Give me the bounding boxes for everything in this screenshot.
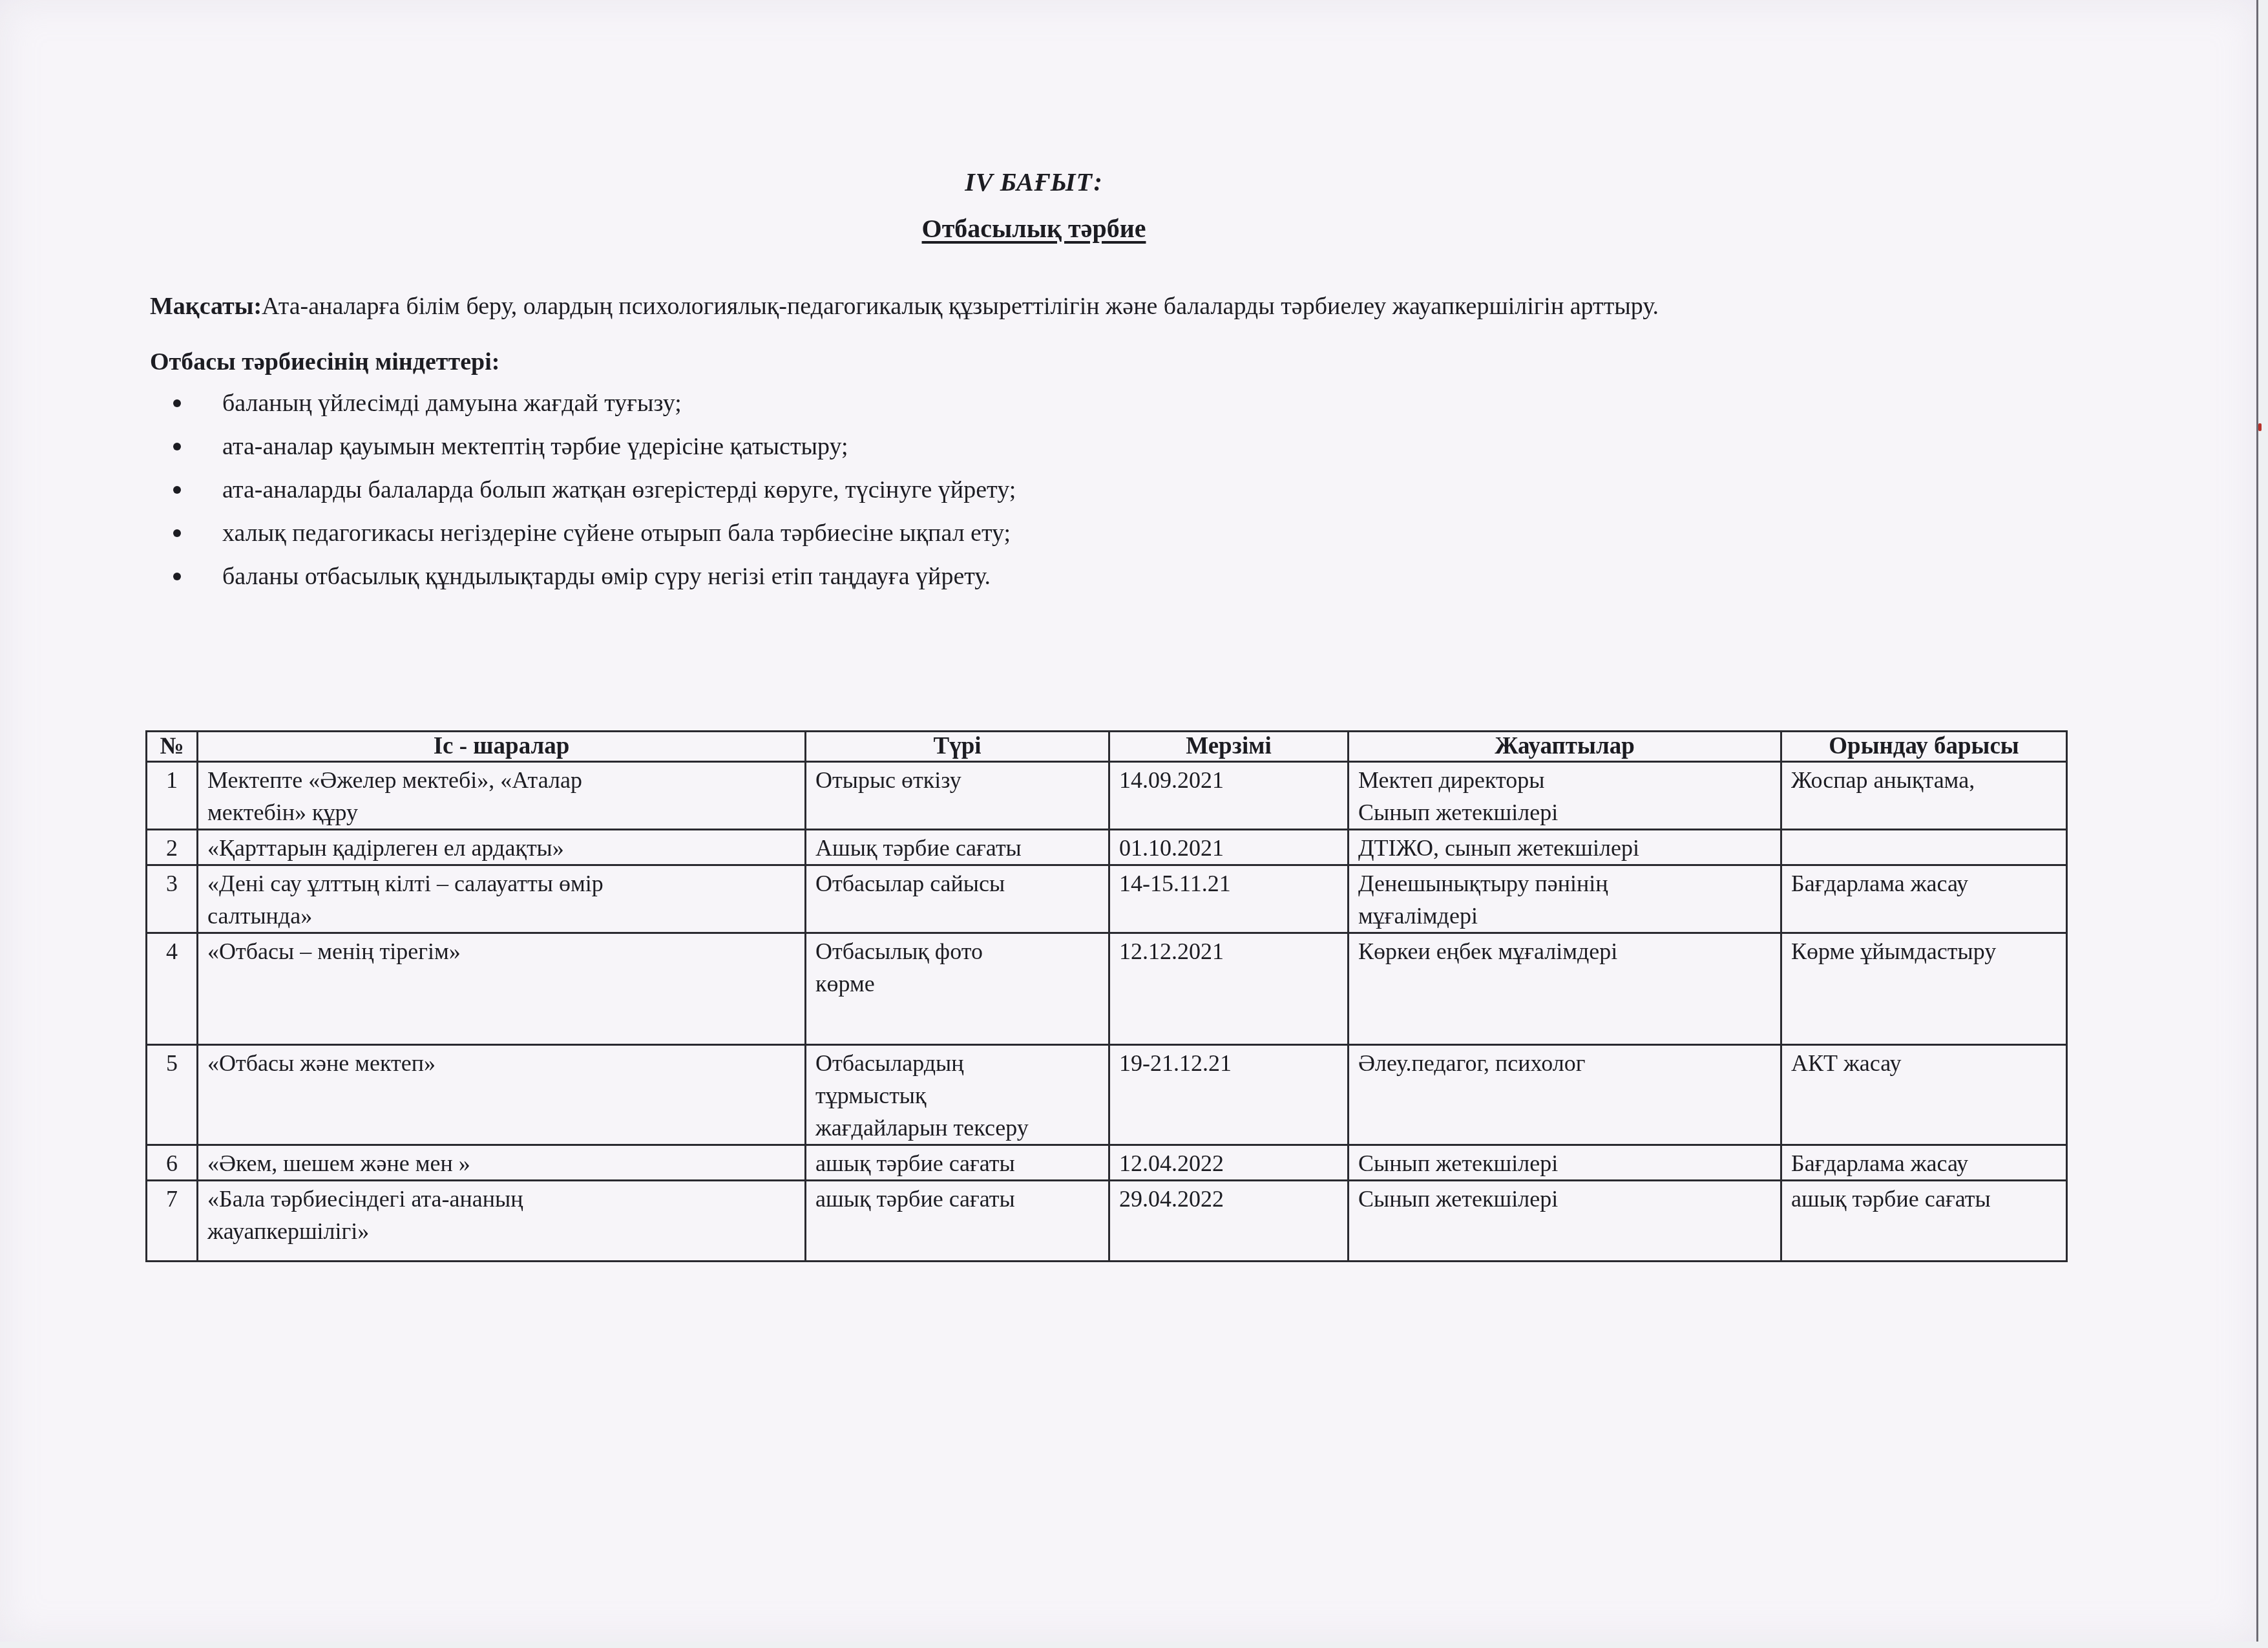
cell-number: 7 — [147, 1181, 198, 1262]
cell-type: Отбасылардыңтұрмыстықжағдайларын тексеру — [806, 1045, 1109, 1145]
cell-progress-line: Көрме ұйымдастыру — [1791, 935, 2057, 967]
cell-activity: «Қарттарын қадірлеген ел ардақты» — [198, 830, 806, 865]
cell-responsible-line: Денешынықтыру пәнінің — [1358, 867, 1771, 900]
cell-responsible-line: Сынып жетекшілері — [1358, 796, 1771, 829]
cell-type: ашық тәрбие сағаты — [806, 1145, 1109, 1181]
goal-label: Мақсаты: — [150, 293, 262, 320]
cell-responsible: Сынып жетекшілері — [1349, 1181, 1781, 1262]
cell-activity-line: «Бала тәрбиесіндегі ата-ананың — [207, 1183, 795, 1215]
cell-date: 12.12.2021 — [1109, 933, 1349, 1045]
cell-activity-line: «Дені сау ұлттың кілті – салауатты өмір — [207, 867, 795, 900]
table-header-row: № Іс - шаралар Түрі Мерзімі Жауаптылар О… — [147, 732, 2067, 762]
table-row: 7«Бала тәрбиесіндегі ата-ананыңжауапкерш… — [147, 1181, 2067, 1262]
goal-text: Ата-аналарға білім беру, олардың психоло… — [262, 293, 1659, 320]
header-type: Түрі — [806, 732, 1109, 762]
cell-type-line: Отбасылардың — [815, 1047, 1099, 1079]
cell-responsible-line: ДТІЖО, сынып жетекшілері — [1358, 832, 1771, 864]
cell-responsible-line: Сынып жетекшілері — [1358, 1183, 1771, 1215]
cell-responsible-line: Әлеу.педагог, психолог — [1358, 1047, 1771, 1079]
cell-activity-line: «Отбасы – менің тірегім» — [207, 935, 795, 967]
cell-date: 14-15.11.21 — [1109, 865, 1349, 933]
cell-type-line: Отбасылар сайысы — [815, 867, 1099, 900]
cell-progress: Бағдарлама жасау — [1781, 865, 2067, 933]
table-body: 1Мектепте «Әжелер мектебі», «Аталармекте… — [147, 762, 2067, 1262]
task-item: ата-аналар қауымын мектептің тәрбие үдер… — [150, 431, 1016, 474]
cell-number: 4 — [147, 933, 198, 1045]
cell-date: 14.09.2021 — [1109, 762, 1349, 830]
cell-date: 12.04.2022 — [1109, 1145, 1349, 1181]
cell-number: 6 — [147, 1145, 198, 1181]
cell-date: 29.04.2022 — [1109, 1181, 1349, 1262]
cell-responsible: Денешынықтыру пәнініңмұғалімдері — [1349, 865, 1781, 933]
cell-progress: Бағдарлама жасау — [1781, 1145, 2067, 1181]
table-row: 3«Дені сау ұлттың кілті – салауатты өмір… — [147, 865, 2067, 933]
cell-activity: «Дені сау ұлттың кілті – салауатты өмірс… — [198, 865, 806, 933]
cell-number: 2 — [147, 830, 198, 865]
cell-progress-line: ашық тәрбие сағаты — [1791, 1183, 2057, 1215]
cell-responsible: Мектеп директорыСынып жетекшілері — [1349, 762, 1781, 830]
cell-responsible: ДТІЖО, сынып жетекшілері — [1349, 830, 1781, 865]
cell-progress: АКТ жасау — [1781, 1045, 2067, 1145]
table-row: 2«Қарттарын қадірлеген ел ардақты»Ашық т… — [147, 830, 2067, 865]
table-row: 4«Отбасы – менің тірегім»Отбасылық фоток… — [147, 933, 2067, 1045]
cell-activity-line: жауапкершілігі» — [207, 1215, 795, 1247]
header-date: Мерзімі — [1109, 732, 1349, 762]
cell-activity: «Отбасы – менің тірегім» — [198, 933, 806, 1045]
cell-type-line: көрме — [815, 967, 1099, 1000]
activities-table: № Іс - шаралар Түрі Мерзімі Жауаптылар О… — [145, 730, 2068, 1262]
section-heading: IV БАҒЫТ: — [0, 167, 2068, 197]
cell-type-line: Ашық тәрбие сағаты — [815, 832, 1099, 864]
cell-type-line: Отырыс өткізу — [815, 764, 1099, 796]
bullet-icon — [173, 399, 181, 407]
cell-responsible: Көркеи еңбек мұғалімдері — [1349, 933, 1781, 1045]
cell-activity-line: «Отбасы және мектеп» — [207, 1047, 795, 1079]
ink-mark — [2258, 423, 2262, 431]
cell-number: 1 — [147, 762, 198, 830]
header-progress: Орындау барысы — [1781, 732, 2067, 762]
cell-activity: «Бала тәрбиесіндегі ата-ананыңжауапкерші… — [198, 1181, 806, 1262]
tasks-title: Отбасы тәрбиесінің міндеттері: — [150, 348, 499, 376]
bullet-icon — [173, 443, 181, 450]
cell-date: 01.10.2021 — [1109, 830, 1349, 865]
cell-responsible: Әлеу.педагог, психолог — [1349, 1045, 1781, 1145]
goal-paragraph: Мақсаты:Ата-аналарға білім беру, олардың… — [150, 292, 1659, 321]
cell-type-line: Отбасылық фото — [815, 935, 1099, 967]
cell-activity: «Отбасы және мектеп» — [198, 1045, 806, 1145]
cell-type: Ашық тәрбие сағаты — [806, 830, 1109, 865]
table-row: 5«Отбасы және мектеп»Отбасылардыңтұрмыст… — [147, 1045, 2067, 1145]
bullet-icon — [173, 529, 181, 537]
cell-activity-line: салтында» — [207, 900, 795, 932]
tasks-list: баланың үйлесімді дамуына жағдай туғызу;… — [150, 388, 1016, 604]
cell-type: Отбасылар сайысы — [806, 865, 1109, 933]
cell-type: Отырыс өткізу — [806, 762, 1109, 830]
cell-activity-line: «Әкем, шешем және мен » — [207, 1147, 795, 1179]
bullet-icon — [173, 486, 181, 494]
cell-type: Отбасылық фотокөрме — [806, 933, 1109, 1045]
scanned-page: IV БАҒЫТ: Отбасылық тәрбие Мақсаты:Ата-а… — [0, 0, 2258, 1642]
cell-activity-line: Мектепте «Әжелер мектебі», «Аталар — [207, 764, 795, 796]
cell-type-line: тұрмыстық — [815, 1079, 1099, 1112]
cell-type-line: жағдайларын тексеру — [815, 1112, 1099, 1144]
header-responsible: Жауаптылар — [1349, 732, 1781, 762]
task-item: баланың үйлесімді дамуына жағдай туғызу; — [150, 388, 1016, 431]
cell-progress-line: АКТ жасау — [1791, 1047, 2057, 1079]
cell-activity-line: «Қарттарын қадірлеген ел ардақты» — [207, 832, 795, 864]
cell-activity-line: мектебін» құру — [207, 796, 795, 829]
cell-responsible-line: Сынып жетекшілері — [1358, 1147, 1771, 1179]
cell-type-line: ашық тәрбие сағаты — [815, 1147, 1099, 1179]
cell-progress-line: Жоспар анықтама, — [1791, 764, 2057, 796]
cell-progress-line: Бағдарлама жасау — [1791, 1147, 2057, 1179]
cell-activity: Мектепте «Әжелер мектебі», «Аталармектеб… — [198, 762, 806, 830]
table-row: 1Мектепте «Әжелер мектебі», «Аталармекте… — [147, 762, 2067, 830]
cell-progress: ашық тәрбие сағаты — [1781, 1181, 2067, 1262]
cell-progress: Көрме ұйымдастыру — [1781, 933, 2067, 1045]
cell-progress — [1781, 830, 2067, 865]
cell-activity: «Әкем, шешем және мен » — [198, 1145, 806, 1181]
header-activities: Іс - шаралар — [198, 732, 806, 762]
cell-progress-line: Бағдарлама жасау — [1791, 867, 2057, 900]
cell-date: 19-21.12.21 — [1109, 1045, 1349, 1145]
header-number: № — [147, 732, 198, 762]
task-item: ата-аналарды балаларда болып жатқан өзге… — [150, 474, 1016, 518]
cell-responsible-line: мұғалімдері — [1358, 900, 1771, 932]
cell-responsible-line: Көркеи еңбек мұғалімдері — [1358, 935, 1771, 967]
cell-type: ашық тәрбие сағаты — [806, 1181, 1109, 1262]
cell-responsible-line: Мектеп директоры — [1358, 764, 1771, 796]
cell-responsible: Сынып жетекшілері — [1349, 1145, 1781, 1181]
cell-number: 3 — [147, 865, 198, 933]
bullet-icon — [173, 573, 181, 580]
cell-progress: Жоспар анықтама, — [1781, 762, 2067, 830]
section-subheading: Отбасылық тәрбие — [0, 213, 2068, 244]
cell-type-line: ашық тәрбие сағаты — [815, 1183, 1099, 1215]
task-item: халық педагогикасы негіздеріне сүйене от… — [150, 518, 1016, 561]
task-item: баланы отбасылық құндылықтарды өмір сүру… — [150, 561, 1016, 604]
table-row: 6«Әкем, шешем және мен »ашық тәрбие саға… — [147, 1145, 2067, 1181]
cell-number: 5 — [147, 1045, 198, 1145]
